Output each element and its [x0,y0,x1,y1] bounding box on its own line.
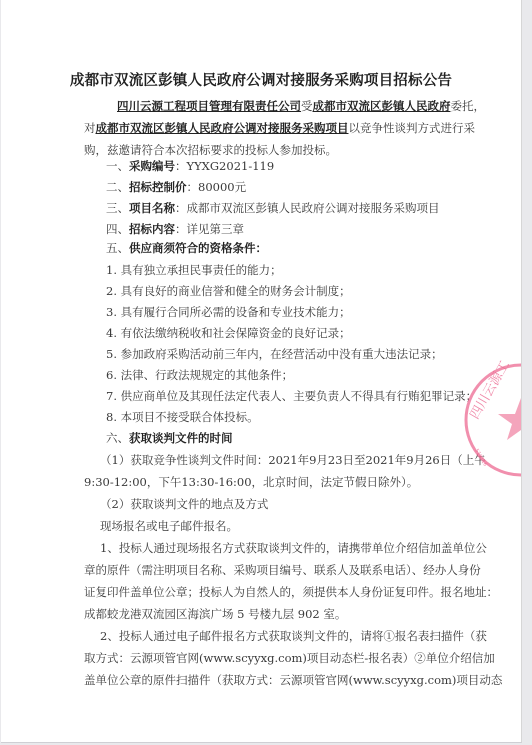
document-page: 成都市双流区彭镇人民政府公调对接服务采购项目招标公告 四川云源工程项目管理有限责… [1,0,522,743]
section-6: 六、获取谈判文件的时间 [106,430,233,446]
body-line: 1、投标人通过现场报名方式获取谈判文件的，请携带单位介绍信加盖单位公 [100,540,487,556]
qualification-item: 5. 参加政府采购活动前三年内，在经营活动中没有重大违法记录； [106,346,443,362]
body-line: 成都蛟龙港双流园区海滨广场 5 号楼九层 902 室。 [84,606,346,622]
qualification-item: 1. 具有独立承担民事责任的能力； [106,262,282,278]
company-seal-stamp: 四川云源工 510116 [461,360,522,480]
intro-line-3: 购，兹邀请符合本次招标要求的投标人参加投标。 [84,142,337,158]
section-value: ：80000元 [187,180,247,194]
intro-text: 委托， [451,99,486,113]
section-label: 二、 [106,180,129,194]
project-name: 成都市双流区彭镇人民政府公调对接服务采购项目 [96,121,349,135]
body-line: 章的原件（需注明项目名称、采购项目编号、联系人及联系电话）、经办人身份 [84,562,481,578]
section-key: 供应商须符合的资格条件 [129,241,256,255]
section-key: 项目名称 [129,201,175,215]
intro-text: 对 [84,121,96,135]
body-line: 证复印件盖单位公章；投标人为自然人的，须提供本人身份证复印件。报名地址： [84,584,498,600]
intro-text: 以竞争性谈判方式进行采 [349,121,476,135]
section-value: ：成都市双流区彭镇人民政府公调对接服务采购项目 [175,201,440,215]
section-1: 一、采购编号：YYXG2021-119 [106,158,274,174]
intro-line-2: 对成都市双流区彭镇人民政府公调对接服务采购项目以竞争性谈判方式进行采 [84,120,475,136]
section-key: 招标内容 [129,222,175,236]
section-key: 获取谈判文件的时间 [129,431,233,445]
body-line: 2、投标人通过电子邮件报名方式获取谈判文件的，请将①报名表扫描件（获 [100,628,487,644]
section-label: 四、 [106,222,129,236]
scroll-gutter [522,0,532,745]
qualification-item: 7. 供应商单位及其现任法定代表人、主要负责人不得具有行贿犯罪记录； [106,388,477,404]
document-title: 成都市双流区彭镇人民政府公调对接服务采购项目招标公告 [1,69,521,90]
qualification-item: 3. 具有履行合同所必需的设备和专业技术能力； [106,304,351,320]
section-key: 采购编号 [129,159,175,173]
intro-line-1: 四川云源工程项目管理有限责任公司受成都市双流区彭镇人民政府委托， [117,98,485,114]
agency-name: 四川云源工程项目管理有限责任公司 [117,99,301,113]
section-label: 五、 [106,241,129,255]
body-line: 盖单位公章的原件扫描件（获取方式：云源项管官网(www.scyyxg.com)项… [84,672,502,688]
qualification-item: 2. 具有良好的商业信誉和健全的财务会计制度； [106,283,351,299]
section-4: 四、招标内容：详见第三章 [106,221,244,237]
qualification-item: 6. 法律、行政法规规定的其他条件； [106,367,293,383]
svg-text:510116: 510116 [473,448,488,468]
section-2: 二、招标控制价：80000元 [106,179,246,195]
section-5: 五、供应商须符合的资格条件： [106,240,267,256]
qualification-item: 4. 有依法缴纳税收和社会保障资金的良好记录； [106,325,351,341]
section-label: 三、 [106,201,129,215]
body-line: （1）获取竞争性谈判文件时间：2021年9月23日至2021年9月26日（上午 [100,452,486,468]
section-3: 三、项目名称：成都市双流区彭镇人民政府公调对接服务采购项目 [106,200,440,216]
section-value: ：YYXG2021-119 [175,159,274,173]
qualification-item: 8. 本项目不接受联合体投标。 [106,409,259,425]
body-line: 9:30-12:00，下午13:30-16:00，北京时间，法定节假日除外）。 [84,474,418,490]
body-line: 取方式：云源项管官网(www.scyyxg.com)项目动态栏-报名表）②单位介… [84,650,495,666]
intro-text: 受 [301,99,313,113]
section-key: 招标控制价 [129,180,187,194]
section-label: 一、 [106,159,129,173]
section-value: ：详见第三章 [175,222,244,236]
client-name: 成都市双流区彭镇人民政府 [313,99,451,113]
body-line: 现场报名或电子邮件报名。 [100,518,238,534]
body-line: （2）获取谈判文件的地点及方式 [100,496,268,512]
section-value: ： [256,241,268,255]
section-label: 六、 [106,431,129,445]
